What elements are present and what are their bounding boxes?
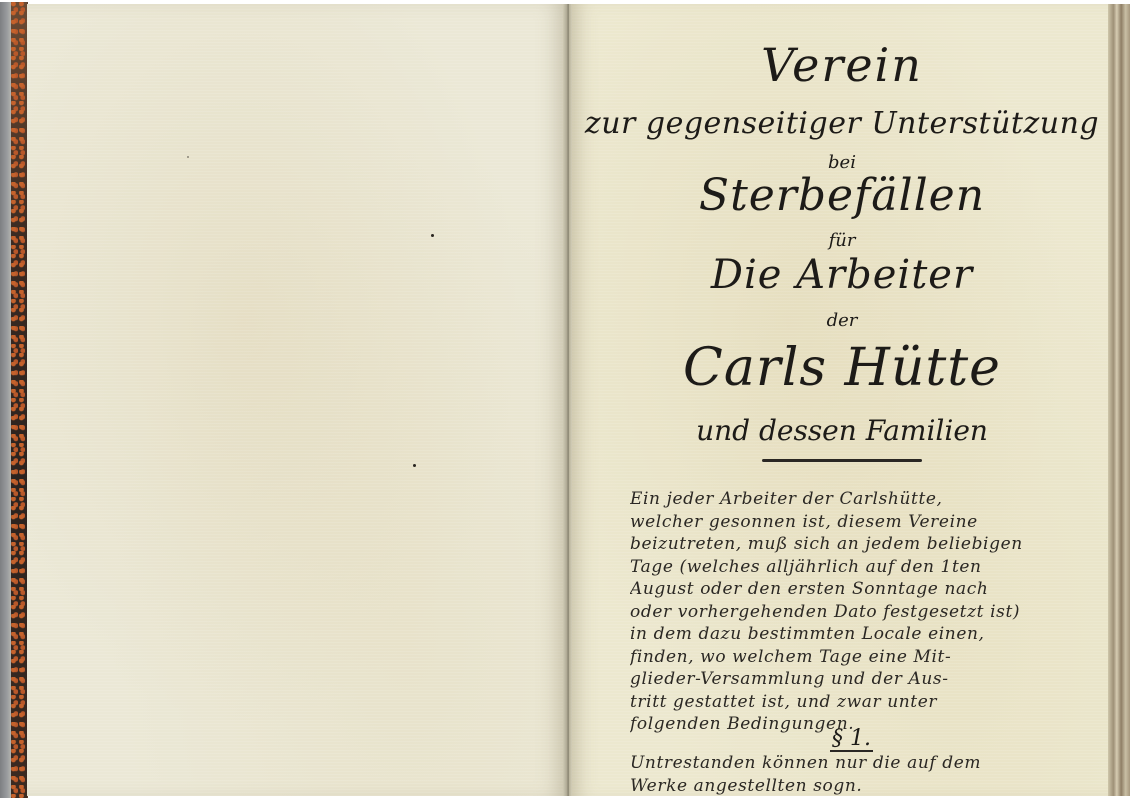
title-die-arbeiter: Die Arbeiter: [572, 252, 1112, 298]
title-verein: Verein: [572, 38, 1112, 92]
paper-speck: [413, 464, 416, 467]
title-der: der: [572, 310, 1112, 331]
handwritten-body: Ein jeder Arbeiter der Carlshütte, welch…: [630, 488, 1085, 736]
marbled-book-binding: [11, 2, 28, 798]
body-line: Ein jeder Arbeiter der Carlshütte,: [630, 488, 1085, 511]
left-page-blank: [27, 4, 567, 796]
title-zur-unterstuetzung: zur gegenseitiger Unterstützung: [572, 106, 1112, 141]
body-line: welcher gesonnen ist, diesem Vereine: [630, 511, 1085, 534]
body-line: Tage (welches alljährlich auf den 1ten: [630, 556, 1085, 579]
paper-speck: [431, 234, 434, 237]
body-line: Untrestanden können nur die auf dem: [630, 752, 1085, 775]
title-fuer: für: [572, 230, 1112, 251]
body-line: tritt gestattet ist, und zwar unter: [630, 691, 1085, 714]
title-und-dessen-familien: und dessen Familien: [572, 414, 1112, 447]
body-line: August oder den ersten Sonntage nach: [630, 578, 1085, 601]
section-mark: § 1.: [830, 728, 873, 752]
title-divider-rule: [762, 459, 922, 462]
body-line: glieder-Versammlung und der Aus-: [630, 668, 1085, 691]
body-line: oder vorhergehenden Dato festgesetzt ist…: [630, 601, 1085, 624]
title-carls-huette: Carls Hütte: [572, 338, 1112, 398]
body-line: finden, wo welchem Tage eine Mit-: [630, 646, 1085, 669]
manuscript-scan: Verein zur gegenseitiger Unterstützung b…: [0, 0, 1131, 800]
title-sterbefaellen: Sterbefällen: [572, 170, 1112, 221]
handwritten-body-section-1: Untrestanden können nur die auf dem Werk…: [630, 752, 1085, 797]
body-line: Werke angestellten sogn.: [630, 775, 1085, 798]
body-line: in dem dazu bestimmten Locale einen,: [630, 623, 1085, 646]
body-line: beizutreten, muß sich an jedem beliebige…: [630, 533, 1085, 556]
paper-speck: [187, 156, 189, 158]
